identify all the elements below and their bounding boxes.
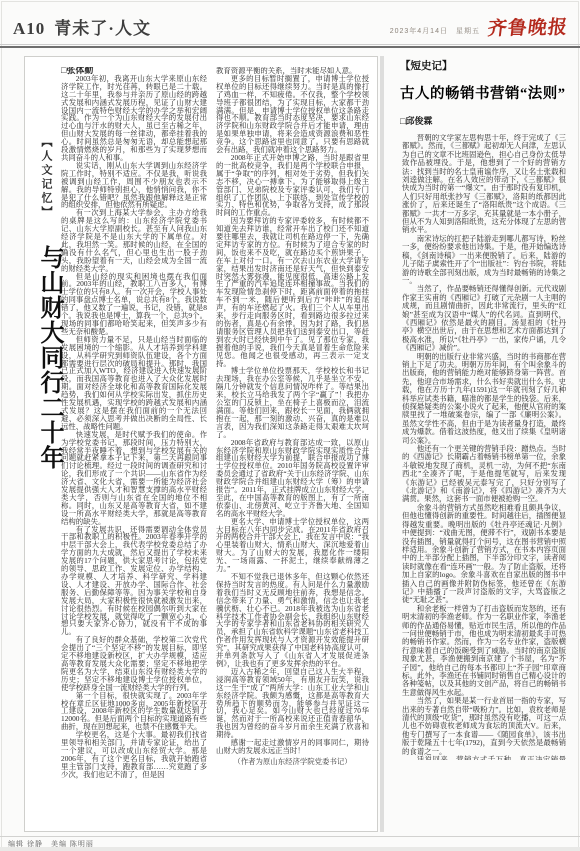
paragraph: 因为要拜访的专家评委较多，有时候都不知道先去拜访谁，经常开车出了校门还不知道要往… (216, 217, 369, 367)
paragraph: 当然了，如果是某一行业首屈一指的专家，写出来的专著自然自带“吸粉力”。比如，袁枚… (402, 697, 566, 756)
paragraph: 话说回来，营销方式千万种，真正决定销量的，还是作品的质量水平。营销可能在短期内提… (402, 756, 566, 760)
right-article: 【短史记】 古人的畅销书营销“法则” □邱俊霖 晋朝的文学家左思构思十年，终于完… (388, 56, 568, 832)
paragraph: 余象斗的营销方式虽然吃相难看且颇具争议，但他也懂得创新的重要性。时间越往后，插图… (402, 504, 566, 605)
paragraph: 学校更名，这是个大事。最初我们找省里领导和相关部门，并请专家论证，给出了一个建议… (61, 731, 207, 778)
main-text-columns: □张体勤 2003年初，我离开山东大学来原山东经济学院工作，时光荏苒，转眼已是二… (61, 67, 369, 823)
paragraph: 2003年初，我离开山东大学来原山东经济学院工作，时光荏苒，转眼已是二十载。这二… (61, 75, 207, 162)
paragraph: 明朝的出版行业非常兴盛，当时的书商都在营销上下足了功夫。明朝万历年间，有个叫余象… (402, 353, 566, 445)
right-article-title: 古人的畅销书营销“法则” (400, 82, 568, 103)
paragraph: 有一次到上海某大学参会，主办方给我的桌牌是这么写的：山东经济学院党委书记、山东大… (61, 209, 207, 272)
column-label-duanshiji: 【短史记】 (400, 58, 568, 73)
paragraph: 不知不觉我已退休多年，但这颗心依然还保持当时发言的热度。有人问是什么力量激励着我… (216, 573, 369, 668)
edition-title: A10青未了·人文 (13, 14, 151, 39)
section-divider (380, 56, 384, 832)
paragraph: 南宋诗坛的扛把子陆游走到哪儿都写诗，粉丝一多，便纷纷要求他出诗集。于是，他开始编… (402, 235, 566, 285)
paragraph: 迈入古稀之年，回望自己这人生大半程，浸润高等教育领域50年，有朋友开玩笑，说我这… (216, 668, 369, 739)
paragraph: 当然了，作品要畅销还得懂得创新。元代戏剧作家王实甫的《西厢记》打破了元杂剧一人主… (402, 285, 566, 352)
header-rule-dark (0, 46, 580, 48)
edition-label: A10 (13, 19, 45, 38)
section-title: 青未了·人文 (54, 19, 151, 38)
date-text: 2023年4月14日 (390, 28, 448, 35)
main-vertical-title: 与山财大同行二十年 (32, 245, 67, 470)
paragraph: 他还有一个更关键的营销手段：蹭热点。当时的《西游记》长期霸占着畅销书榜单第一位，… (402, 445, 566, 504)
column-label-renwenjiyi: 【人文记忆】 (38, 136, 54, 220)
header-right: 2023年4月14日 星期五 齐鲁晚报 (390, 13, 568, 40)
masthead-logo: 齐鲁晚报 (486, 12, 570, 40)
paragraph: 第一个目标，很快就实现了。2003年学校在章丘区征地1000多亩，2005年新校… (61, 692, 207, 732)
bottom-band (0, 847, 580, 851)
paragraph: 2008年省政府与教育部达成一致，以原山东经济学院和原山东财政学院实现实质性合并… (216, 439, 369, 518)
paragraph: 和余老板一样曾为了打击盗版而发怒的，还有明末清初的李渔老师。作为一名职业作家，李… (402, 605, 566, 697)
paragraph: 但师资力量不足，只是山经当时面临的发展困境的一个缩影。从人才培养到学科建设，从科… (61, 336, 207, 431)
paragraph: 但是山经的现实和困境也摆在我们面前。2003年的山经，教职工八百多人，有博士学位… (61, 273, 207, 336)
main-column-2: 教育资源平衡的关系，当时未能尽如人意。 更多的目标暂时搁置了，申请博士学位授权单… (216, 67, 369, 823)
paragraph: 感谢一起走过激情岁月的同事同仁，期待山财大的发展永远正当时！ (216, 739, 369, 755)
paragraph: 更名大学、申请博士学位授权单位，这两大目标在八年内同步完成。在2011年省政府召… (216, 518, 369, 573)
paragraph: 说实话，刚从山东大学调到山东经济学院工作时，特别不适应。不仅是我，听说我被调到山… (61, 162, 207, 209)
paragraph: 晋朝的文学家左思构思十年，终于完成了《三都赋》。然而，《三都赋》起初却无人问津，… (402, 134, 566, 235)
paragraph: 有了发展共识，还得需要调动全体党员干部和教职工的积极性。2003年春季开学的中层… (61, 526, 207, 637)
paragraph: 2008年正式开始申博之路，当时是跟省里的一批高校竞争，我们是两个学校联合申报，… (216, 154, 369, 217)
header-rule-light (0, 44, 580, 45)
page-header: A10青未了·人文 2023年4月14日 星期五 齐鲁晚报 (13, 8, 568, 42)
paragraph: 博士学位单位投票那天，学校校长和书记去现场，我在办公室等候，几乎是坐立不安，隔几… (216, 367, 369, 438)
right-article-byline: □邱俊霖 (400, 114, 568, 127)
right-article-text: 晋朝的文学家左思构思十年，终于完成了《三都赋》。然而，《三都赋》起初却无人问津，… (402, 134, 566, 760)
footer-rule (0, 836, 580, 837)
main-article: 【人文记忆】 与山财大同行二十年 □张体勤 2003年初，我离开山东大学来原山东… (24, 56, 378, 832)
paragraph: 快速发展，是时代赋予我们的使命。作为学校党委书记，那段时间，压力特别大，我经常半… (61, 431, 207, 526)
paragraph: 有了良好的群众基础，学校第二次党代会提出了“三个坚定不移”的发展目标，即坚定不移… (61, 636, 207, 691)
publication-date: 2023年4月14日 星期五 (390, 26, 480, 40)
author-attribution: （作者为原山东经济学院党委书记） (216, 758, 369, 766)
main-title-gutter: 【人文记忆】 与山财大同行二十年 (31, 67, 61, 823)
main-column-1-text: 2003年初，我离开山东大学来原山东经济学院工作，时光荏苒，转眼已是二十载。这二… (61, 75, 207, 779)
weekday-text: 星期五 (456, 28, 480, 35)
main-column-1: □张体勤 2003年初，我离开山东大学来原山东经济学院工作，时光荏苒，转眼已是二… (61, 67, 207, 823)
main-column-2-text: 更多的目标暂时搁置了，申请博士学位授权单位的目标还得继续努力。当时是真的像打了鸡… (216, 75, 369, 755)
paragraph: 更多的目标暂时搁置了，申请博士学位授权单位的目标还得继续努力。当时是真的像打了鸡… (216, 75, 369, 154)
